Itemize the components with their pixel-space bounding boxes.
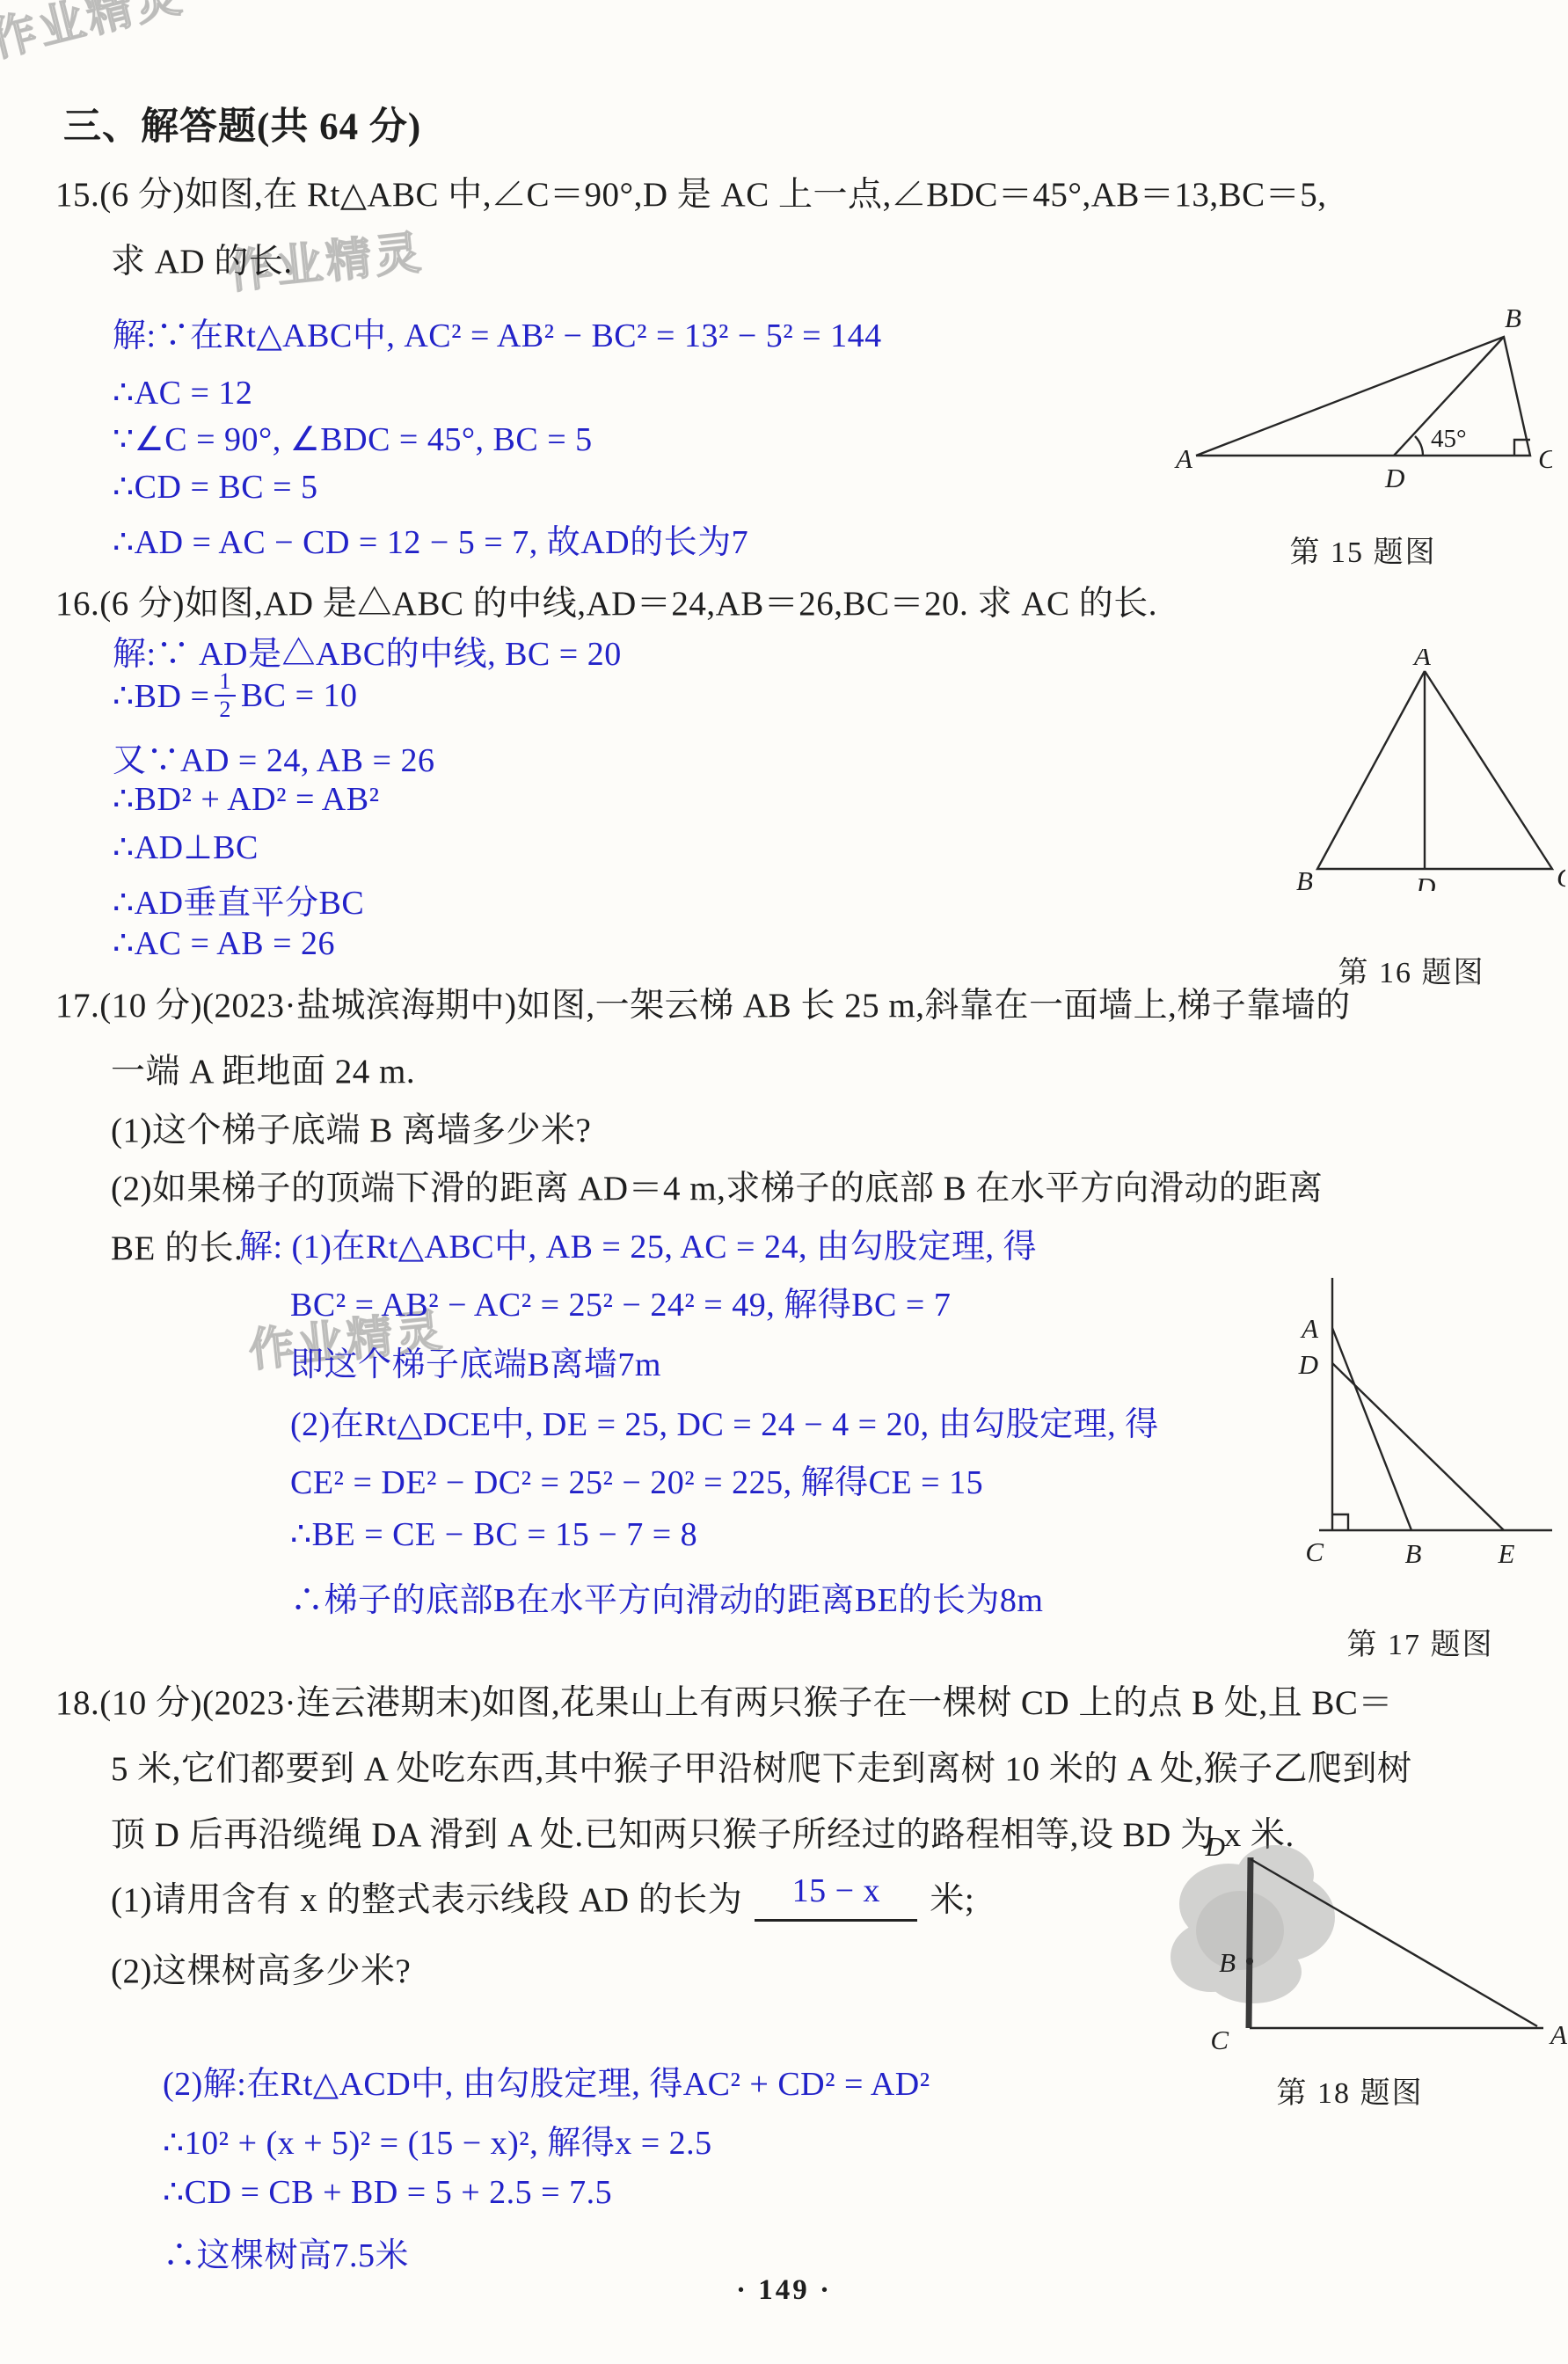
fig16-label-d: D <box>1415 872 1435 891</box>
p18-line-1: 18.(10 分)(2023·连云港期末)如图,花果山上有两只猴子在一棵树 CD… <box>55 1675 1393 1725</box>
p17-solution-line-6: ∴BE = CE − BC = 15 − 7 = 8 <box>290 1514 697 1554</box>
fig18-label-c: C <box>1210 2025 1229 2055</box>
p18-answer-blank: 15 − x <box>755 1871 917 1922</box>
p17-line-3: (1)这个梯子底端 B 离墙多少米? <box>111 1103 591 1152</box>
p18-line-2: 5 米,它们都要到 A 处吃东西,其中猴子甲沿树爬下走到离树 10 米的 A 处… <box>111 1741 1412 1791</box>
figure-17-diagram: A D C B E <box>1280 1262 1561 1614</box>
fig18-tree-trunk <box>1249 1857 1251 2028</box>
p17-solution-line-7: ∴梯子的底部B在水平方向滑动的距离BE的长为8m <box>290 1572 1043 1621</box>
fraction-denominator: 2 <box>219 697 231 723</box>
figure-16-diagram: A B D C <box>1258 649 1565 891</box>
fig17-label-c: C <box>1305 1536 1324 1567</box>
fig17-label-d: D <box>1298 1349 1318 1380</box>
p15-solution-line-5: ∴AD = AC − CD = 12 − 5 = 7, 故AD的长为7 <box>113 514 748 563</box>
p16-frac-pre: ∴BD = <box>113 676 209 716</box>
fig17-label-b: B <box>1405 1538 1422 1569</box>
p15-line-2: 求 AD 的长. <box>111 234 293 283</box>
fig16-triangle <box>1317 671 1552 869</box>
watermark: 作业精灵 <box>0 0 190 69</box>
p17-solution-line-5: CE² = DE² − DC² = 25² − 20² = 225, 解得CE … <box>290 1455 983 1503</box>
p17-line-2: 一端 A 距地面 24 m. <box>111 1044 415 1093</box>
figure-15-diagram: 45° A B C D <box>1174 306 1552 522</box>
p17-line-1: 17.(10 分)(2023·盐城滨海期中)如图,一架云梯 AB 长 25 m,… <box>55 978 1351 1027</box>
p18-line-3: 顶 D 后再沿缆绳 DA 滑到 A 处.已知两只猴子所经过的路程相等,设 BD … <box>111 1807 1295 1857</box>
fig15-angle-label: 45° <box>1431 425 1467 453</box>
fig17-ladder-de <box>1332 1363 1504 1530</box>
fig18-point-b <box>1246 1958 1253 1965</box>
p18-solution-line-4: ∴这棵树高7.5米 <box>163 2228 409 2276</box>
p17-line-4: (2)如果梯子的顶端下滑的距离 AD＝4 m,求梯子的底部 B 在水平方向滑动的… <box>111 1161 1323 1210</box>
p16-solution-line-5: ∴AD⊥BC <box>113 828 259 867</box>
figure-18-caption: 第 18 题图 <box>1130 2068 1568 2112</box>
p17-solution-line-4: (2)在Rt△DCE中, DE = 25, DC = 24 − 4 = 20, … <box>290 1397 1159 1445</box>
p16-line-1: 16.(6 分)如图,AD 是△ABC 的中线,AD＝24,AB＝26,BC＝2… <box>55 576 1157 625</box>
fig18-label-a: A <box>1549 2019 1568 2050</box>
p18-solution-line-1: (2)解:在Rt△ACD中, 由勾股定理, 得AC² + CD² = AD² <box>163 2056 930 2105</box>
p16-solution-line-2: ∴BD = 1 2 BC = 10 <box>113 661 358 730</box>
p18-solution-line-2: ∴10² + (x + 5)² = (15 − x)², 解得x = 2.5 <box>163 2115 712 2163</box>
p15-solution-line-3: ∵∠C = 90°, ∠BDC = 45°, BC = 5 <box>113 420 593 459</box>
fraction-numerator: 1 <box>215 668 236 697</box>
p16-solution-line-3: 又∵AD = 24, AB = 26 <box>113 733 434 781</box>
fig15-label-b: B <box>1505 306 1521 333</box>
figure-15-caption: 第 15 题图 <box>1174 528 1552 571</box>
p18-q1-suffix: 米; <box>930 1872 974 1922</box>
fig18-label-b: B <box>1219 1947 1236 1978</box>
fig15-angle-arc <box>1415 436 1423 456</box>
section-title: 三、解答题(共 64 分) <box>63 97 421 150</box>
p15-solution-line-4: ∴CD = BC = 5 <box>113 467 318 507</box>
figure-18-diagram: D B C A <box>1130 1812 1568 2067</box>
fig15-label-c: C <box>1538 443 1552 474</box>
p17-solution-line-1: 解: (1)在Rt△ABC中, AB = 25, AC = 24, 由勾股定理,… <box>239 1219 1037 1267</box>
fig16-label-b: B <box>1296 865 1313 891</box>
fig17-label-e: E <box>1498 1538 1515 1569</box>
fig15-label-a: A <box>1174 443 1193 474</box>
p18-question-2: (2)这棵树高多少米? <box>111 1944 411 1993</box>
p17-solution-line-3: 即这个梯子底端B离墙7m <box>290 1337 661 1385</box>
p18-question-1: (1)请用含有 x 的整式表示线段 AD 的长为 15 − x 米; <box>111 1871 974 1922</box>
section-title-main: 三、解答题 <box>63 106 257 148</box>
p16-solution-line-6: ∴AD垂直平分BC <box>113 875 364 923</box>
one-half-fraction: 1 2 <box>215 668 236 723</box>
fig18-label-d: D <box>1205 1831 1225 1862</box>
p16-solution-line-7: ∴AC = AB = 26 <box>113 923 335 963</box>
fig15-label-d: D <box>1384 463 1404 493</box>
page-number: · 149 · <box>0 2274 1568 2307</box>
p17-solution-line-2: BC² = AB² − AC² = 25² − 24² = 49, 解得BC =… <box>290 1277 951 1325</box>
p17-line-5: BE 的长. <box>111 1221 243 1270</box>
fig16-label-a: A <box>1412 649 1432 671</box>
section-title-points: (共 64 分) <box>257 106 421 148</box>
p18-solution-line-3: ∴CD = CB + BD = 5 + 2.5 = 7.5 <box>163 2172 612 2212</box>
fig15-triangle <box>1196 337 1530 456</box>
fig16-label-c: C <box>1557 862 1565 891</box>
fig17-label-a: A <box>1300 1313 1319 1344</box>
p15-solution-line-1: 解:∵在Rt△ABC中, AC² = AB² − BC² = 13² − 5² … <box>113 308 882 356</box>
p15-line-1: 15.(6 分)如图,在 Rt△ABC 中,∠C＝90°,D 是 AC 上一点,… <box>55 167 1326 216</box>
worksheet-page: 作业精灵 作业精灵 作业精灵 三、解答题(共 64 分) 15.(6 分)如图,… <box>0 0 1568 2364</box>
p18-q1-prefix: (1)请用含有 x 的整式表示线段 AD 的长为 <box>111 1872 742 1922</box>
p15-solution-line-2: ∴AC = 12 <box>113 373 252 412</box>
figure-17-caption: 第 17 题图 <box>1280 1620 1561 1663</box>
p16-frac-post: BC = 10 <box>241 676 358 715</box>
fig17-right-angle-mark <box>1332 1514 1348 1530</box>
p16-solution-line-4: ∴BD² + AD² = AB² <box>113 779 379 819</box>
